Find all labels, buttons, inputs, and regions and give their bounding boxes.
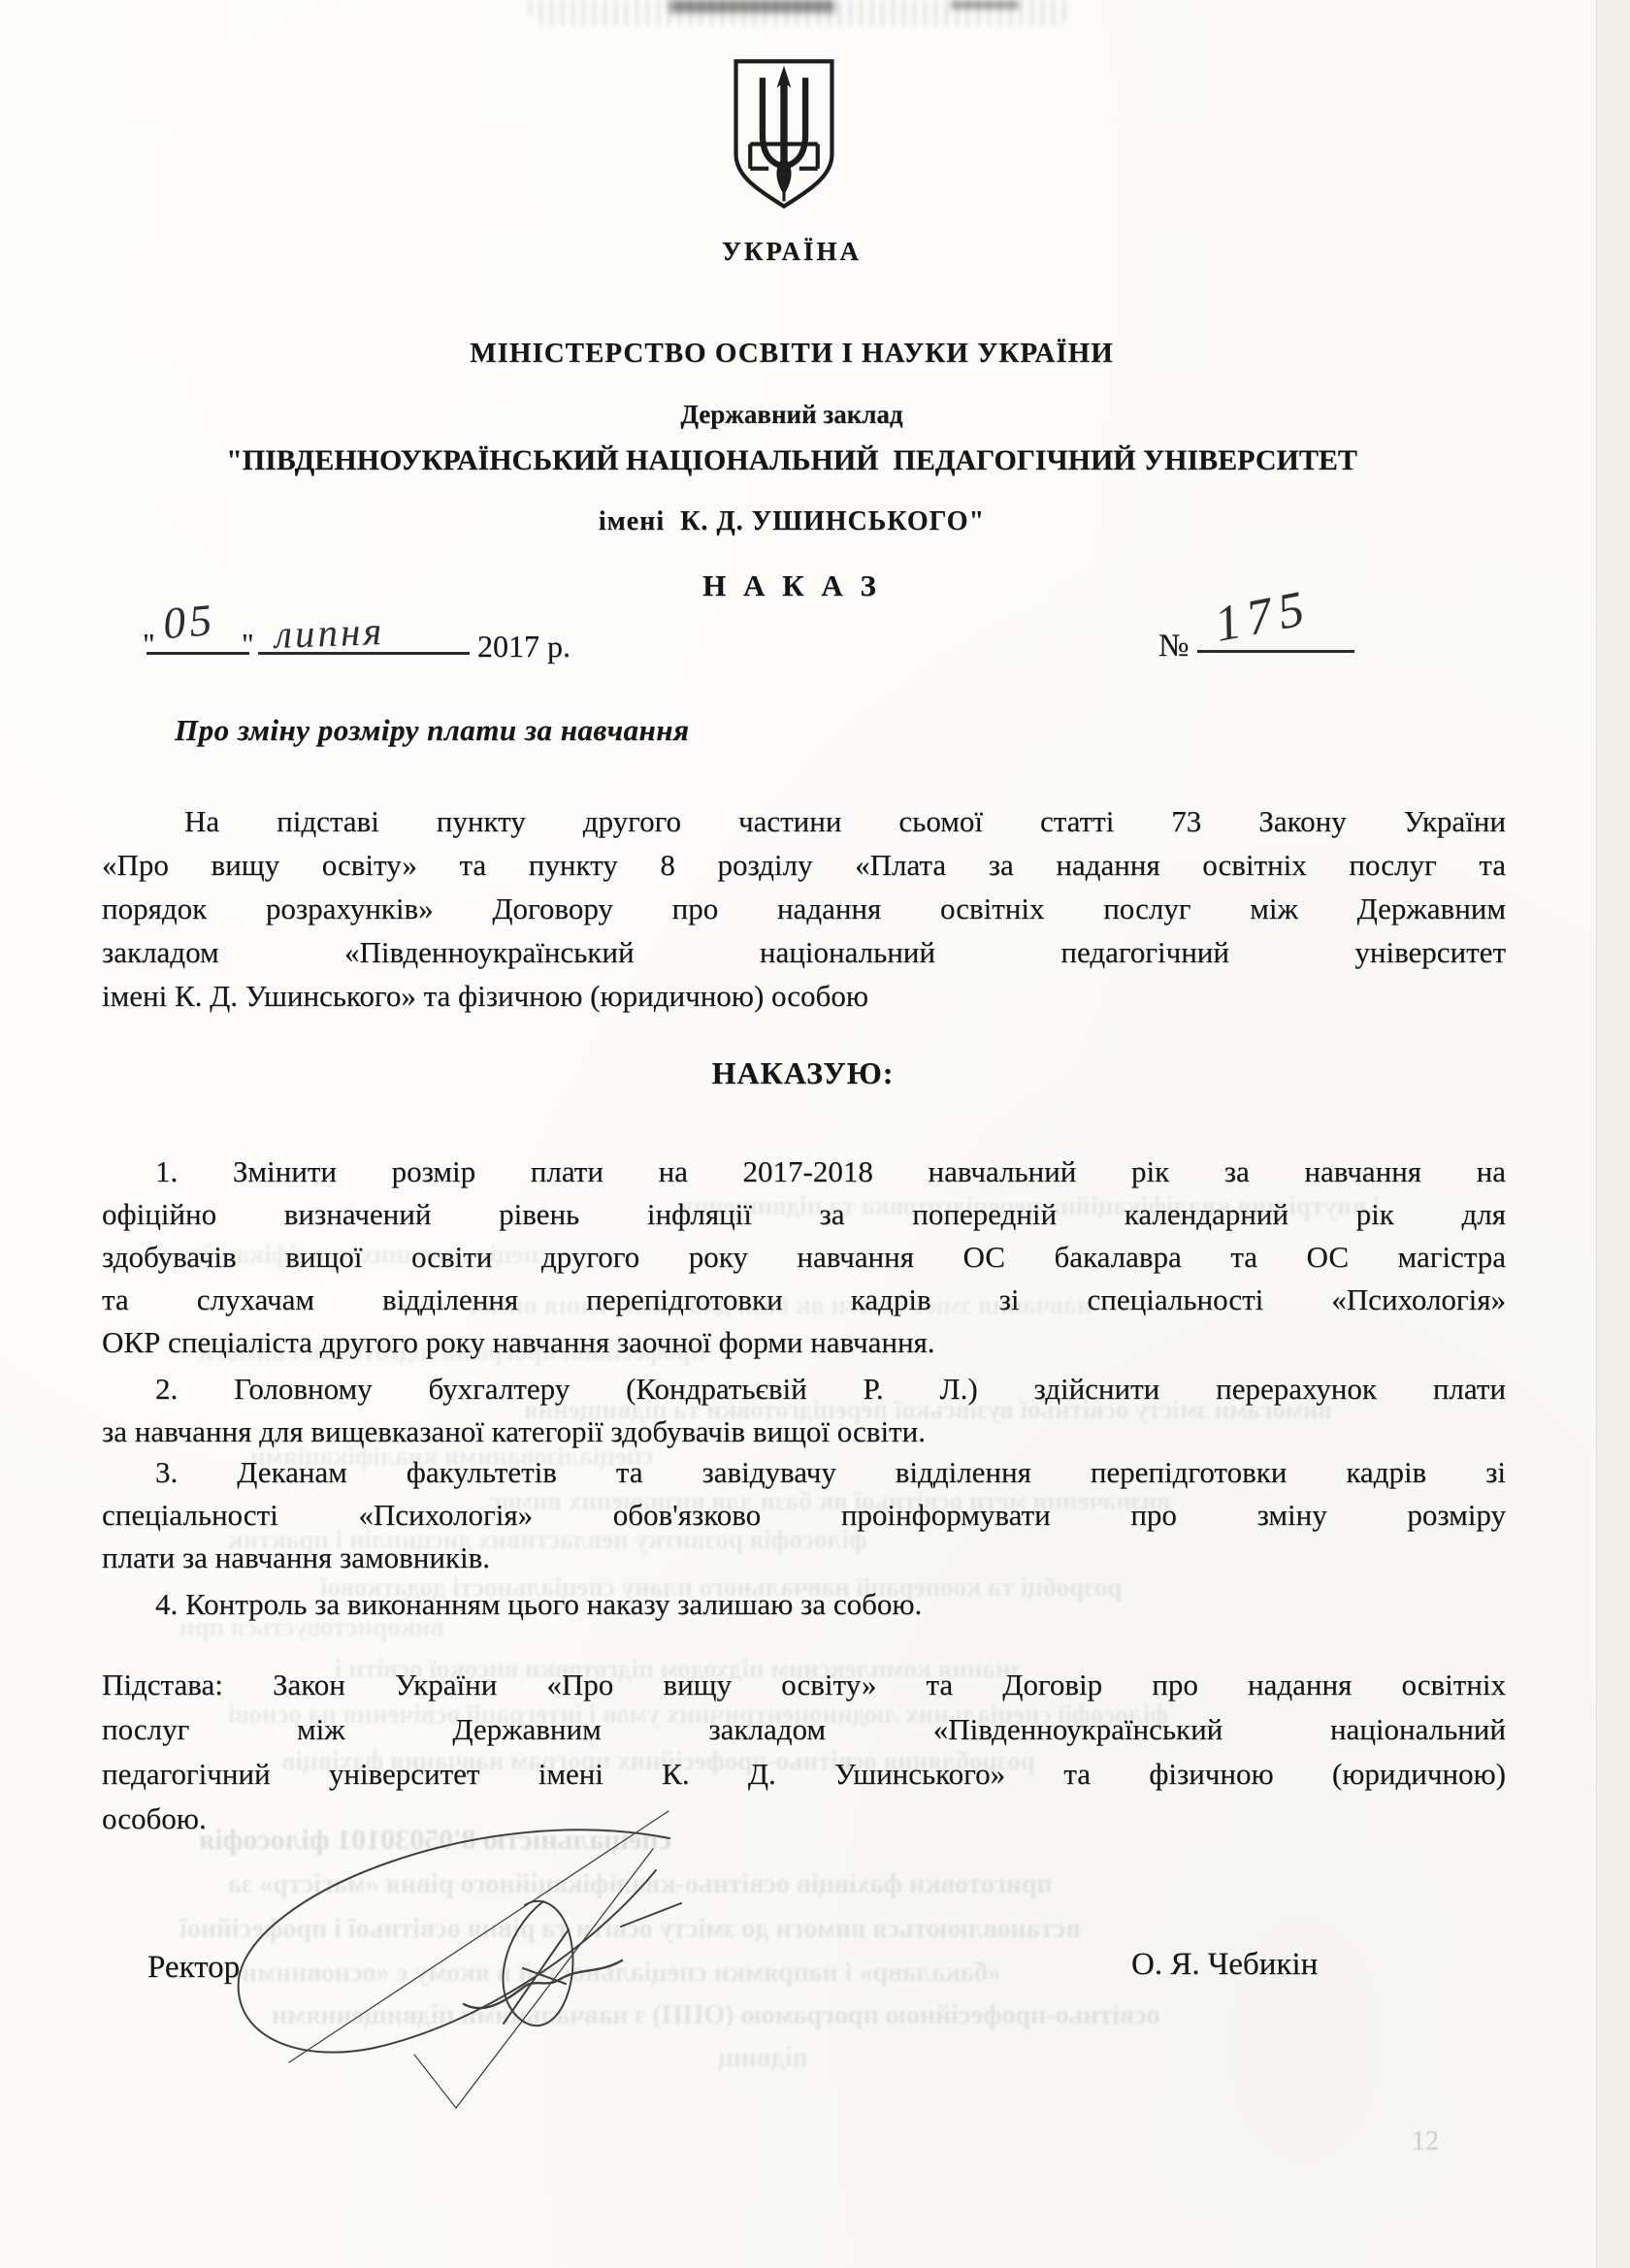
university-name-line2: імені К. Д. УШИНСЬКОГО" <box>0 506 1583 537</box>
text-line: за навчання для вищевказаної категорії з… <box>102 1410 1506 1453</box>
scan-smudge <box>951 0 1019 10</box>
document-year: 2017 р. <box>477 629 570 664</box>
text-line: спеціальності «Психологія» обов'язково п… <box>102 1494 1506 1537</box>
order-item-2: 2. Головному бухгалтеру (Кондратьєвій Р.… <box>102 1368 1506 1453</box>
order-subject: Про зміну розміру плати за навчання <box>175 713 689 748</box>
bleedthrough-text: підвищ <box>718 2043 808 2074</box>
country-name: УКРАЇНА <box>0 237 1583 267</box>
number-underline <box>1197 650 1354 653</box>
text-line: здобувачів вищої освіти другого року нав… <box>102 1236 1506 1279</box>
date-quote-close: " <box>242 627 254 662</box>
text-line: послуг між Державним закладом «Південноу… <box>102 1707 1506 1752</box>
page-number: 12 <box>1412 2126 1439 2157</box>
order-item-3: 3. Деканам факультетів та завідувачу від… <box>102 1451 1506 1579</box>
text-line: 4. Контроль за виконанням цього наказу з… <box>102 1583 1506 1626</box>
ministry-name: МІНІСТЕРСТВО ОСВІТИ І НАУКИ УКРАЇНИ <box>0 338 1583 370</box>
number-sign: № <box>1158 629 1190 664</box>
paper-edge <box>1596 0 1630 2268</box>
text-line: закладом «Південноукраїнський національн… <box>102 930 1506 974</box>
signer-name: О. Я. Чебикін <box>1131 1947 1318 1983</box>
text-line: та слухачам відділення перепідготовки ка… <box>102 1279 1506 1321</box>
document-type-title: Н А К А З <box>0 568 1583 603</box>
coat-of-arms-ukraine-icon <box>728 56 840 211</box>
text-line: 3. Деканам факультетів та завідувачу від… <box>102 1451 1506 1494</box>
text-line: офіційно визначений рівень інфляції за п… <box>102 1193 1506 1236</box>
organization-type: Державний заклад <box>0 400 1583 430</box>
text-line: порядок розрахунків» Договору про наданн… <box>102 887 1506 930</box>
handwritten-day: 05 <box>161 594 217 650</box>
scan-smudge <box>669 0 834 13</box>
text-line: На підставі пункту другого частини сьомо… <box>102 799 1506 843</box>
text-line: 2. Головному бухгалтеру (Кондратьєвій Р.… <box>102 1368 1506 1410</box>
text-line: 1. Змінити розмір плати на 2017-2018 нав… <box>102 1150 1506 1193</box>
day-underline <box>147 652 249 655</box>
order-heading: НАКАЗУЮ: <box>0 1055 1606 1091</box>
handwritten-signature-ink <box>165 1780 708 2120</box>
order-item-1: 1. Змінити розмір плати на 2017-2018 нав… <box>102 1150 1506 1364</box>
text-line: плати за навчання замовників. <box>102 1537 1506 1579</box>
text-line: ОКР спеціаліста другого року навчання за… <box>102 1321 1506 1364</box>
month-underline <box>258 652 470 655</box>
intro-paragraph: На підставі пункту другого частини сьомо… <box>102 799 1506 1018</box>
order-item-4: 4. Контроль за виконанням цього наказу з… <box>102 1583 1506 1626</box>
text-line: Підстава: Закон України «Про вищу освіту… <box>102 1663 1506 1707</box>
scanned-order-document: і внутрішня кваліфікаційна перепідготовк… <box>0 0 1630 2268</box>
university-name-line1: "ПІВДЕННОУКРАЇНСЬКИЙ НАЦІОНАЛЬНИЙ ПЕДАГО… <box>0 444 1583 477</box>
date-quote-open: " <box>143 627 155 662</box>
text-line: «Про вищу освіту» та пункту 8 розділу «П… <box>102 843 1506 887</box>
handwritten-month: липня <box>274 607 385 658</box>
text-line: імені К. Д. Ушинського» та фізичною (юри… <box>102 974 1506 1018</box>
